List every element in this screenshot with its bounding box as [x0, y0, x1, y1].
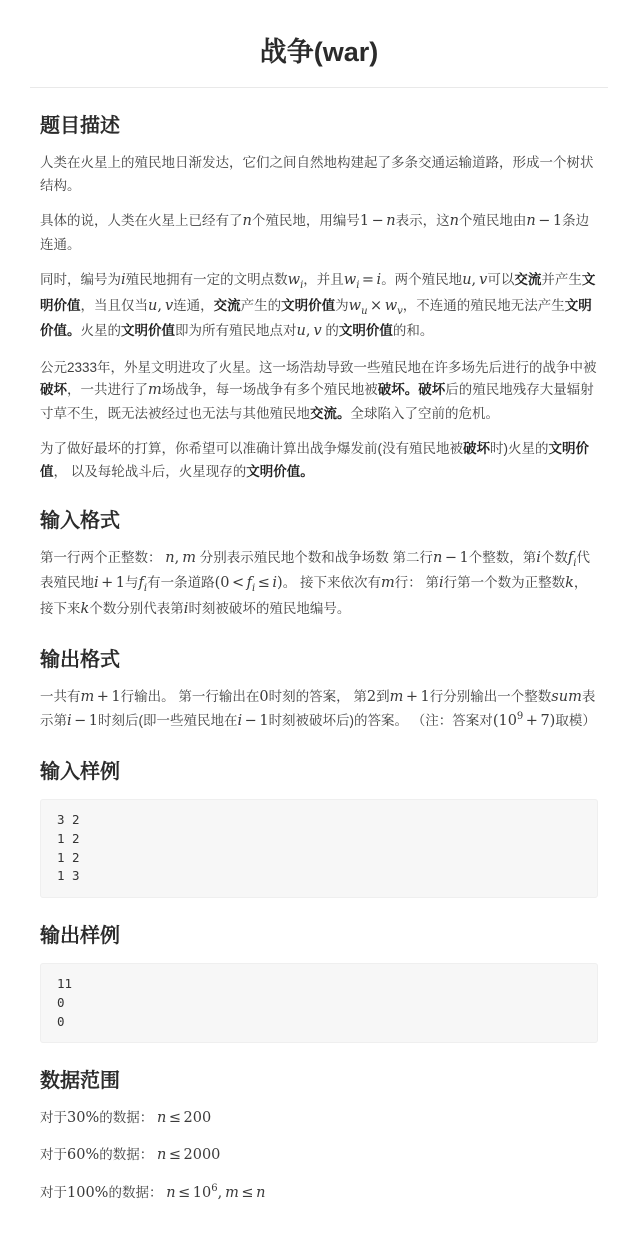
section-heading-output-sample: 输出样例 — [40, 923, 598, 949]
inline-math: k — [81, 601, 90, 617]
inline-math: n≤2000 — [157, 1147, 220, 1163]
section-output-format: 输出格式一共有m+1行输出。 第一行输出在0时刻的答案， 第2到m+1行分别输出… — [40, 647, 598, 735]
section-heading-data-range: 数据范围 — [40, 1068, 598, 1094]
inline-math: 60% — [67, 1147, 99, 1163]
inline-math: 0 — [259, 689, 268, 705]
paragraph: 为了做好最坏的打算，你希望可以准确计算出战争爆发前(没有殖民地被破坏时)火星的文… — [40, 438, 598, 483]
problem-sections: 题目描述人类在火星上的殖民地日渐发达，它们之间自然地构建起了多条交通运输道路，形… — [40, 113, 598, 1206]
code-block: 3 2 1 2 1 2 1 3 — [40, 799, 598, 898]
inline-math: i−1 — [238, 713, 269, 729]
inline-math: i — [439, 575, 444, 591]
section-problem-description: 题目描述人类在火星上的殖民地日渐发达，它们之间自然地构建起了多条交通运输道路，形… — [40, 113, 598, 482]
bold-text: 交流 — [214, 298, 241, 313]
section-input-sample: 输入样例3 2 1 2 1 2 1 3 — [40, 759, 598, 898]
inline-math: fi — [139, 575, 148, 591]
inline-math: k — [565, 575, 574, 591]
bold-text: 文明价值 — [40, 441, 589, 478]
inline-math: 1−n — [360, 213, 396, 229]
inline-math: i — [536, 550, 541, 566]
page-title: 战争(war) — [40, 34, 598, 70]
inline-math: 2 — [367, 689, 376, 705]
section-heading-input-sample: 输入样例 — [40, 759, 598, 785]
paragraph: 一共有m+1行输出。 第一行输出在0时刻的答案， 第2到m+1行分别输出一个整数… — [40, 686, 598, 735]
bold-text: 文明价值 — [121, 323, 175, 338]
inline-math: u,v — [148, 298, 173, 314]
code-block: 11 0 0 — [40, 963, 598, 1043]
paragraph: 对于30%的数据： n≤200 — [40, 1107, 598, 1131]
section-data-range: 数据范围对于30%的数据： n≤200对于60%的数据： n≤2000对于100… — [40, 1068, 598, 1206]
section-heading-output-format: 输出格式 — [40, 647, 598, 673]
bold-text: 破坏 — [40, 382, 67, 397]
bold-text: 破坏 — [463, 441, 490, 456]
inline-math: n — [450, 213, 459, 229]
bold-text: 破坏。破坏 — [378, 382, 446, 397]
inline-math: n,m — [165, 550, 196, 566]
inline-math: m+1 — [81, 689, 121, 705]
inline-math: n≤200 — [157, 1110, 211, 1126]
inline-math: i — [121, 272, 126, 288]
paragraph: 公元2333年，外星文明进攻了火星。这一场浩劫导致一些殖民地在许多场先后进行的战… — [40, 357, 598, 425]
inline-math: m+1 — [390, 689, 430, 705]
bold-text: 文明价值 — [339, 323, 393, 338]
inline-math: n — [243, 213, 252, 229]
bold-text: 交流 — [514, 272, 541, 287]
inline-math: i — [184, 601, 189, 617]
bold-text: 交流。 — [310, 406, 351, 421]
section-heading-problem-description: 题目描述 — [40, 113, 598, 139]
inline-math: wi=i — [344, 272, 381, 288]
paragraph: 人类在火星上的殖民地日渐发达，它们之间自然地构建起了多条交通运输道路，形成一个树… — [40, 152, 598, 197]
inline-math: i+1 — [94, 575, 125, 591]
inline-math: u,v — [462, 272, 487, 288]
inline-math: m — [148, 382, 162, 398]
section-heading-input-format: 输入格式 — [40, 508, 598, 534]
inline-math: wu×wv — [349, 298, 403, 314]
paragraph: 对于60%的数据： n≤2000 — [40, 1144, 598, 1168]
paragraph: 第一行两个正整数： n,m 分别表示殖民地个数和战争场数 第二行n−1个整数，第… — [40, 547, 598, 622]
problem-page: 战争(war) 题目描述人类在火星上的殖民地日渐发达，它们之间自然地构建起了多条… — [0, 0, 638, 1249]
inline-math: u,v — [297, 323, 322, 339]
inline-math: m — [381, 575, 395, 591]
inline-math: fi — [568, 550, 577, 566]
title-divider — [30, 87, 608, 88]
inline-math: 30% — [67, 1110, 99, 1126]
inline-math: 100% — [67, 1185, 108, 1201]
section-input-format: 输入格式第一行两个正整数： n,m 分别表示殖民地个数和战争场数 第二行n−1个… — [40, 508, 598, 622]
inline-math: wi — [288, 272, 304, 288]
section-output-sample: 输出样例11 0 0 — [40, 923, 598, 1043]
paragraph: 具体的说，人类在火星上已经有了n个殖民地，用编号1−n表示，这n个殖民地由n−1… — [40, 210, 598, 256]
paragraph: 对于100%的数据： n≤106,m≤n — [40, 1181, 598, 1206]
inline-math: n−1 — [526, 213, 562, 229]
inline-math: i−1 — [67, 713, 98, 729]
inline-math: (109+7) — [493, 713, 556, 729]
inline-math: (0<fi≤i) — [215, 575, 283, 591]
inline-math: n−1 — [433, 550, 469, 566]
bold-text: 文明价值。 — [246, 464, 314, 479]
bold-text: 文明价值 — [281, 298, 335, 313]
paragraph: 同时，编号为i殖民地拥有一定的文明点数wi，并且wi=i。两个殖民地u,v可以交… — [40, 269, 598, 344]
inline-math: sum — [551, 689, 582, 705]
inline-math: n≤106,m≤n — [166, 1185, 265, 1201]
